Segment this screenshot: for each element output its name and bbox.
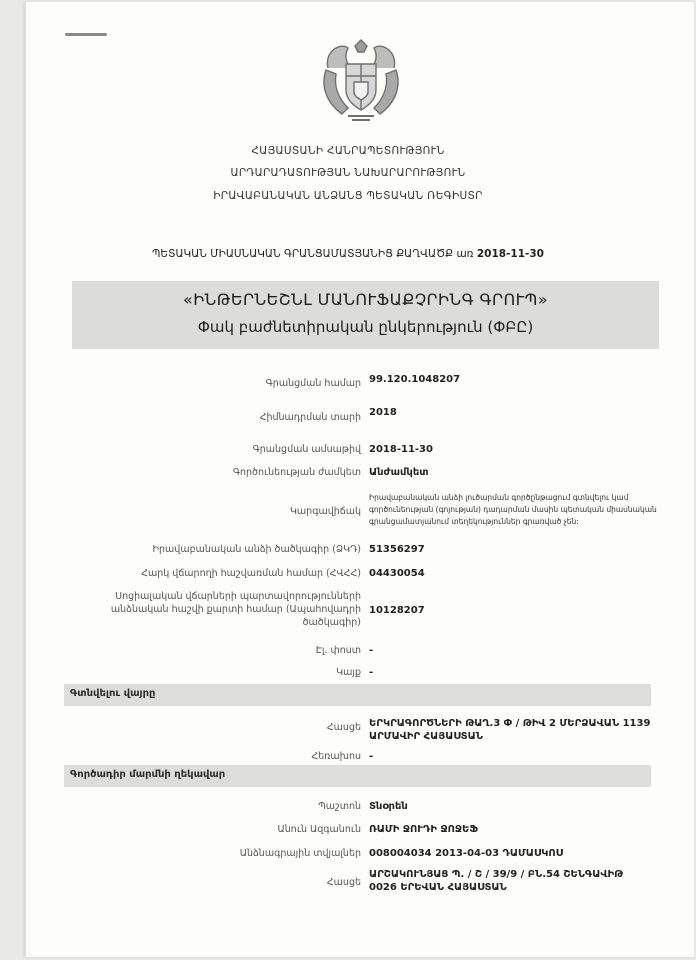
field-value: 2018-11-30 bbox=[369, 443, 433, 456]
extract-date: 2018-11-30 bbox=[477, 248, 544, 260]
field-label: Հիմնադրման տարի bbox=[260, 411, 361, 424]
field-value: 51356297 bbox=[369, 543, 425, 556]
address-line: ԱՐՇԱԿՈՒՆՅԱՑ Պ. / Շ / 39/9 / ԲՆ.54 ՇԵՆԳԱՎ… bbox=[369, 868, 623, 881]
company-title-band: «ԻՆԹԵՐՆԵՇՆԼ ՄԱՆՈՒՖԱՔՉՐԻՆԳ ԳՐՈՒՊ» Փակ բաժ… bbox=[72, 281, 659, 349]
field-label-line: անձնական հաշվի քարտի համար (Ապահովադրի bbox=[111, 603, 361, 616]
field-value: ՌԱՄԻ ՋՈՒԴԻ ՋՈՋԵՖ bbox=[369, 823, 478, 836]
field-label: Անուն Ազգանուն bbox=[278, 823, 362, 836]
address-line: ԱՐՄԱՎԻՐ ՀԱՅԱՍՏԱՆ bbox=[369, 730, 650, 743]
republic-heading: ՀԱՅԱՍՏԱՆԻ ՀԱՆՐԱՊԵՏՈՒԹՅՈՒՆ bbox=[0, 145, 696, 157]
extract-title-text: ՊԵՏԱԿԱՆ ՄԻԱՍՆԱԿԱՆ ԳՐԱՆՑԱՄԱՏՅԱՆԻՑ ՔԱՂՎԱԾՔ bbox=[152, 248, 453, 260]
field-label: Գործունեության ժամկետ bbox=[233, 466, 361, 479]
field-label: Սոցիալական վճարների պարտավորությունների … bbox=[111, 590, 361, 629]
executive-section-header: Գործադիր մարմնի ղեկավար bbox=[64, 765, 651, 787]
address-line: 0026 ԵՐԵՎԱՆ ՀԱՅԱՍՏԱՆ bbox=[369, 881, 623, 894]
field-label: Հարկ վճարողի հաշվառման համար (ՀՎՀՀ) bbox=[141, 567, 361, 580]
field-value: Տնօրեն bbox=[369, 800, 408, 813]
field-label: Անձնագրային տվյալներ bbox=[240, 847, 361, 860]
field-label: Գրանցման ամսաթիվ bbox=[253, 443, 361, 456]
field-label: Կայք bbox=[336, 666, 361, 679]
field-value: 2018 bbox=[369, 406, 397, 419]
company-name: «ԻՆԹԵՐՆԵՇՆԼ ՄԱՆՈՒՖԱՔՉՐԻՆԳ ԳՐՈՒՊ» bbox=[72, 290, 659, 309]
field-value: Իրավաբանական անձի լուծարման գործընթացում… bbox=[369, 492, 659, 528]
section-title: Գործադիր մարմնի ղեկավար bbox=[70, 769, 225, 780]
field-value: ԱՐՇԱԿՈՒՆՅԱՑ Պ. / Շ / 39/9 / ԲՆ.54 ՇԵՆԳԱՎ… bbox=[369, 868, 623, 894]
field-label: Գրանցման համար bbox=[266, 377, 361, 390]
field-value: 04430054 bbox=[369, 567, 425, 580]
field-label: Կարգավիճակ bbox=[290, 505, 361, 518]
extract-date-prefix: առ bbox=[456, 248, 473, 260]
scan-mark bbox=[65, 33, 107, 36]
field-value: - bbox=[369, 750, 373, 763]
field-label: Էլ. փոստ bbox=[316, 644, 361, 657]
field-value: 99.120.1048207 bbox=[369, 373, 460, 386]
field-label: Իրավաբանական անձի ծածկագիր (ՁԿԴ) bbox=[152, 543, 361, 556]
field-label-line: ծածկագիր) bbox=[111, 616, 361, 629]
field-label: Հեռախոս bbox=[311, 750, 361, 763]
address-line: ԵՐԿՐԱԳՈՐԾՆԵՐԻ ԹԱՂ.3 Փ / ԹԻՎ 2 ՄԵՐՁԱՎԱՆ 1… bbox=[369, 717, 650, 730]
field-value: - bbox=[369, 644, 373, 657]
armenia-coat-of-arms-icon bbox=[318, 38, 404, 126]
registry-heading: ԻՐԱՎԱԲԱՆԱԿԱՆ ԱՆՁԱՆՑ ՊԵՏԱԿԱՆ ՌԵԳԻՍՏՐ bbox=[0, 190, 696, 202]
field-label: Պաշտոն bbox=[318, 800, 361, 813]
field-value: 10128207 bbox=[369, 604, 425, 617]
extract-title: ՊԵՏԱԿԱՆ ՄԻԱՍՆԱԿԱՆ ԳՐԱՆՑԱՄԱՏՅԱՆԻՑ ՔԱՂՎԱԾՔ… bbox=[0, 248, 696, 260]
section-title: Գտնվելու վայրը bbox=[70, 688, 155, 699]
field-label-line: Սոցիալական վճարների պարտավորությունների bbox=[111, 590, 361, 603]
field-label: Հասցե bbox=[327, 721, 361, 734]
location-section-header: Գտնվելու վայրը bbox=[64, 684, 651, 706]
field-value: - bbox=[369, 666, 373, 679]
ministry-heading: ԱՐԴԱՐԱԴԱՏՈՒԹՅԱՆ ՆԱԽԱՐԱՐՈՒԹՅՈՒՆ bbox=[0, 167, 696, 179]
field-label: Հասցե bbox=[327, 876, 361, 889]
field-value: 008004034 2013-04-03 ԴԱՄԱՍԿՈՍ bbox=[369, 847, 563, 860]
company-legal-form: Փակ բաժնետիրական ընկերություն (ՓԲԸ) bbox=[72, 318, 659, 336]
field-value: ԵՐԿՐԱԳՈՐԾՆԵՐԻ ԹԱՂ.3 Փ / ԹԻՎ 2 ՄԵՐՁԱՎԱՆ 1… bbox=[369, 717, 650, 743]
field-value: Անժամկետ bbox=[369, 466, 429, 479]
